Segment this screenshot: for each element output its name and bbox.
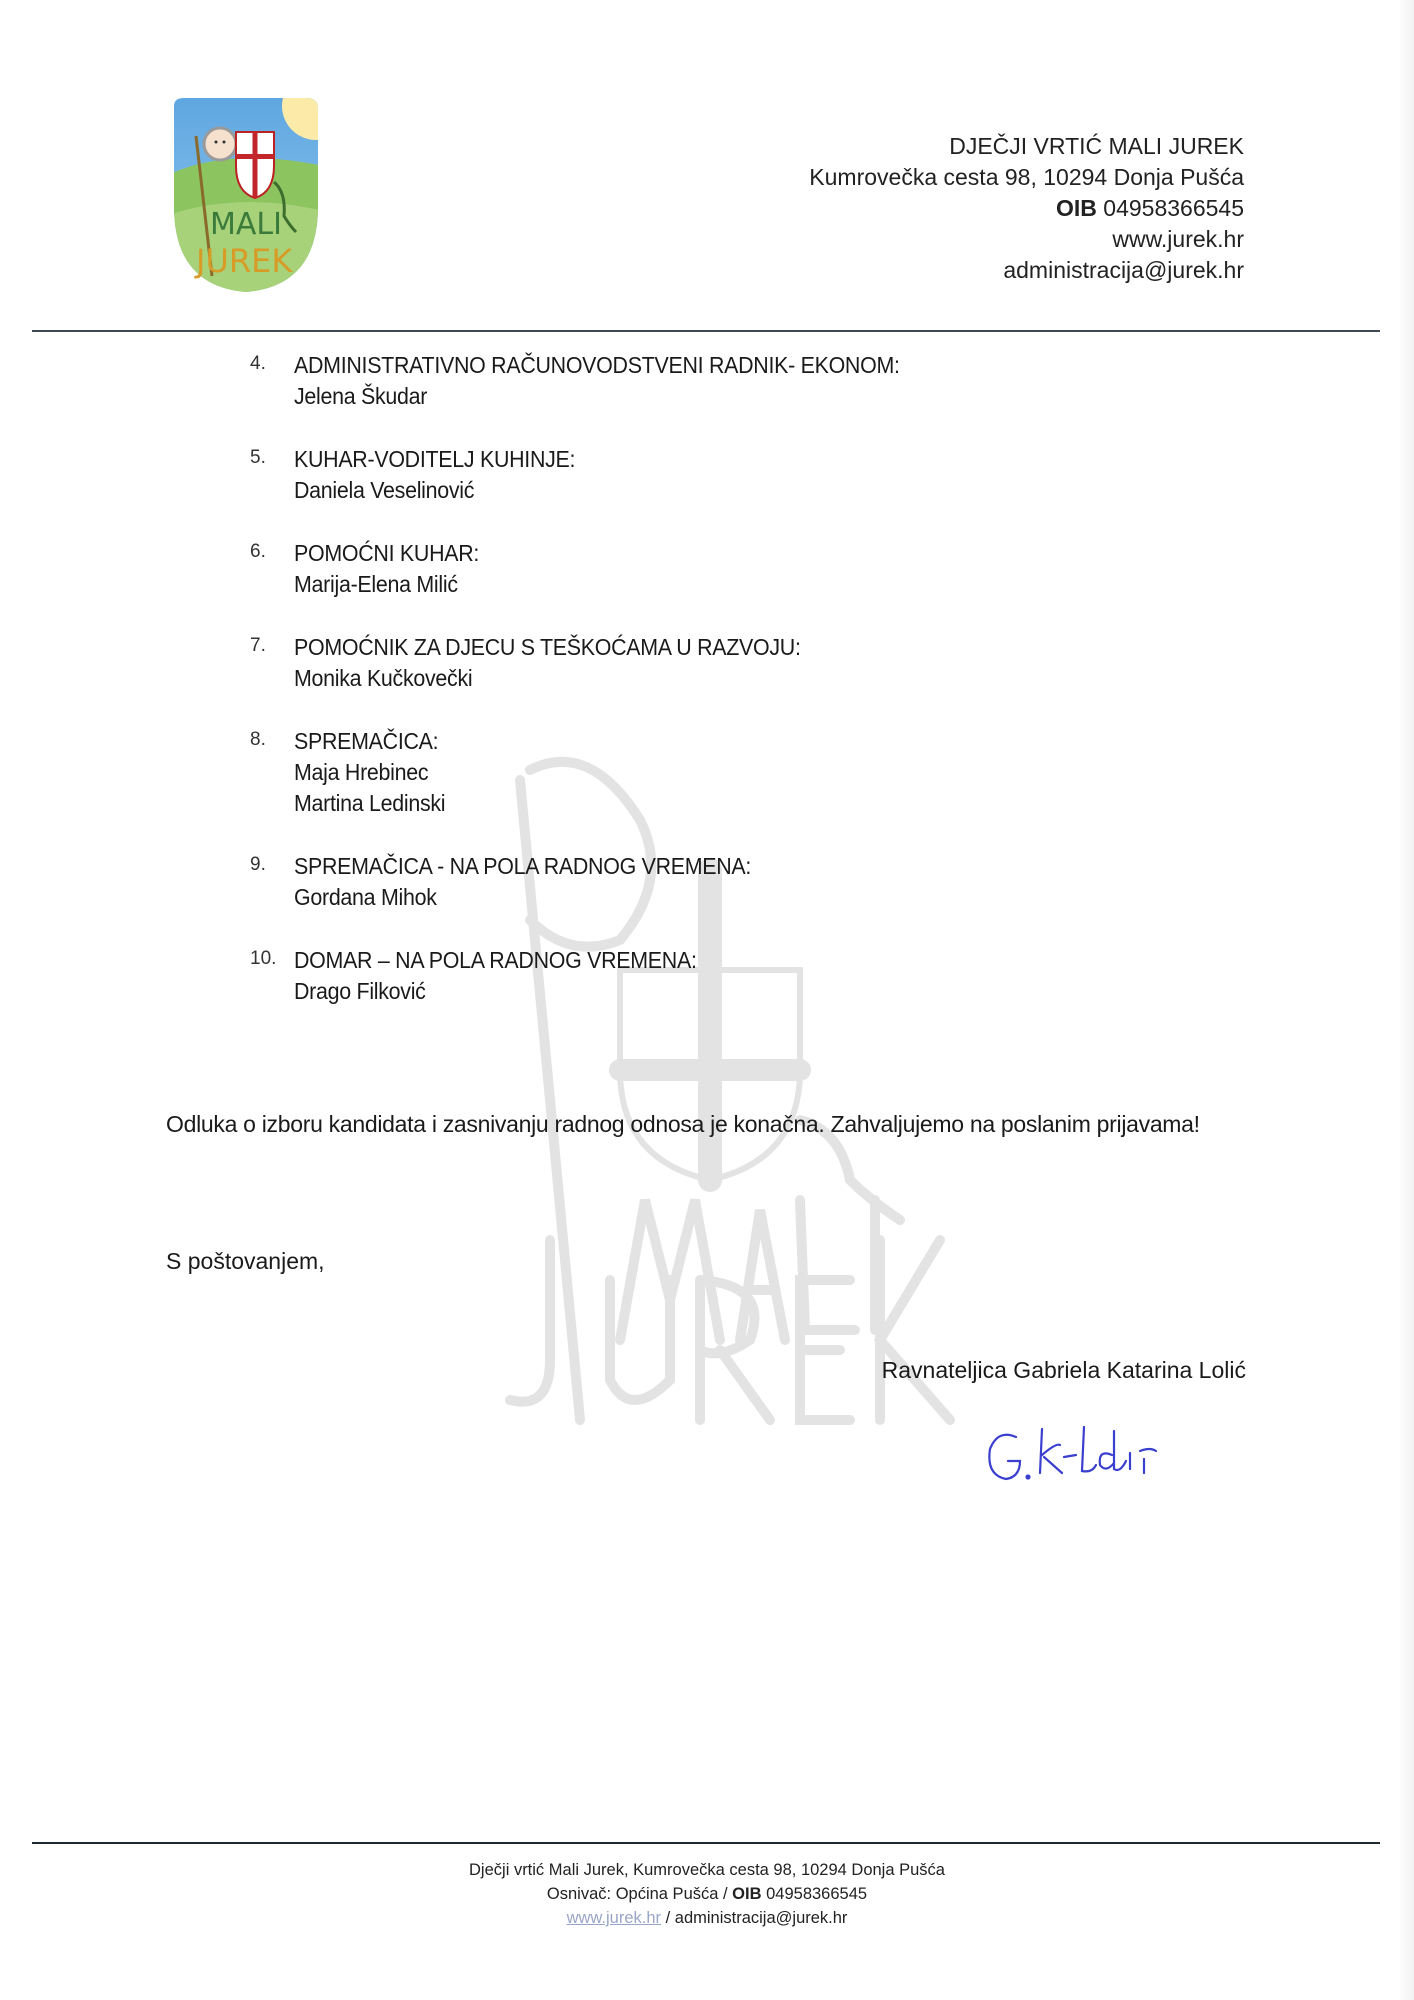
closing-statement: Odluka o izboru kandidata i zasnivanju r…: [166, 1107, 1246, 1142]
signer-name: Ravnateljica Gabriela Katarina Lolić: [882, 1357, 1246, 1384]
regards: S poštovanjem,: [166, 1248, 325, 1275]
position-number: 8.: [250, 729, 290, 751]
position-item: 10. DOMAR – NA POLA RADNOG VREMENA: Drag…: [250, 945, 1150, 1007]
page-edge: [1398, 0, 1414, 2000]
footer-divider: [32, 1842, 1380, 1844]
organization-oib: OIB 04958366545: [809, 193, 1244, 224]
svg-text:MALI: MALI: [210, 207, 282, 242]
position-number: 5.: [250, 447, 290, 469]
footer-website-link[interactable]: www.jurek.hr: [567, 1909, 661, 1927]
footer: Dječji vrtić Mali Jurek, Kumrovečka cest…: [0, 1858, 1414, 1930]
kindergarten-logo: MALI JUREK: [166, 96, 324, 294]
position-item: 5. KUHAR-VODITELJ KUHINJE: Daniela Vesel…: [250, 444, 1150, 506]
candidate-name: Maja Hrebinec: [294, 757, 1090, 788]
svg-text:JUREK: JUREK: [194, 242, 293, 280]
position-number: 10.: [250, 948, 290, 970]
footer-contacts: www.jurek.hr / administracija@jurek.hr: [0, 1906, 1414, 1930]
candidate-name: Martina Ledinski: [294, 788, 1090, 819]
position-title: ADMINISTRATIVNO RAČUNOVODSTVENI RADNIK- …: [294, 350, 1090, 381]
position-number: 7.: [250, 635, 290, 657]
oib-label: OIB: [1056, 195, 1097, 221]
position-item: 6. POMOĆNI KUHAR: Marija-Elena Milić: [250, 538, 1150, 600]
organization-address: Kumrovečka cesta 98, 10294 Donja Pušća: [809, 162, 1244, 193]
organization-name: DJEČJI VRTIĆ MALI JUREK: [809, 131, 1244, 162]
candidate-name: Gordana Mihok: [294, 882, 1090, 913]
position-item: 9. SPREMAČICA - NA POLA RADNOG VREMENA: …: [250, 851, 1150, 913]
position-title: KUHAR-VODITELJ KUHINJE:: [294, 444, 1090, 475]
footer-email-link[interactable]: administracija@jurek.hr: [675, 1909, 848, 1927]
organization-email[interactable]: administracija@jurek.hr: [809, 255, 1244, 286]
organization-header: DJEČJI VRTIĆ MALI JUREK Kumrovečka cesta…: [809, 131, 1244, 286]
position-number: 4.: [250, 353, 290, 375]
candidate-name: Drago Filković: [294, 976, 1090, 1007]
position-title: SPREMAČICA:: [294, 726, 1090, 757]
candidate-name: Jelena Škudar: [294, 381, 1090, 412]
position-title: DOMAR – NA POLA RADNOG VREMENA:: [294, 945, 1090, 976]
position-number: 6.: [250, 541, 290, 563]
position-item: 7. POMOĆNIK ZA DJECU S TEŠKOĆAMA U RAZVO…: [250, 632, 1150, 694]
position-title: SPREMAČICA - NA POLA RADNOG VREMENA:: [294, 851, 1090, 882]
organization-website[interactable]: www.jurek.hr: [809, 224, 1244, 255]
oib-value: 04958366545: [1103, 195, 1244, 221]
position-number: 9.: [250, 854, 290, 876]
candidate-name: Daniela Veselinović: [294, 475, 1090, 506]
footer-oib-label: OIB: [732, 1885, 761, 1903]
position-title: POMOĆNI KUHAR:: [294, 538, 1090, 569]
position-item: 4. ADMINISTRATIVNO RAČUNOVODSTVENI RADNI…: [250, 350, 1150, 412]
header-divider: [32, 330, 1380, 332]
positions-list: 4. ADMINISTRATIVNO RAČUNOVODSTVENI RADNI…: [250, 350, 1150, 1039]
footer-founder-text: Osnivač: Općina Pušća /: [547, 1885, 732, 1903]
footer-founder: Osnivač: Općina Pušća / OIB 04958366545: [0, 1882, 1414, 1906]
position-title: POMOĆNIK ZA DJECU S TEŠKOĆAMA U RAZVOJU:: [294, 632, 1090, 663]
footer-separator: /: [661, 1909, 675, 1927]
footer-address: Dječji vrtić Mali Jurek, Kumrovečka cest…: [0, 1858, 1414, 1882]
handwritten-signature: [980, 1415, 1200, 1495]
footer-oib-value: 04958366545: [766, 1885, 867, 1903]
candidate-name: Monika Kučkovečki: [294, 663, 1090, 694]
signature-icon: [980, 1415, 1200, 1495]
knight-shield-logo-icon: MALI JUREK: [166, 96, 324, 294]
position-item: 8. SPREMAČICA: Maja Hrebinec Martina Led…: [250, 726, 1150, 819]
candidate-name: Marija-Elena Milić: [294, 569, 1090, 600]
